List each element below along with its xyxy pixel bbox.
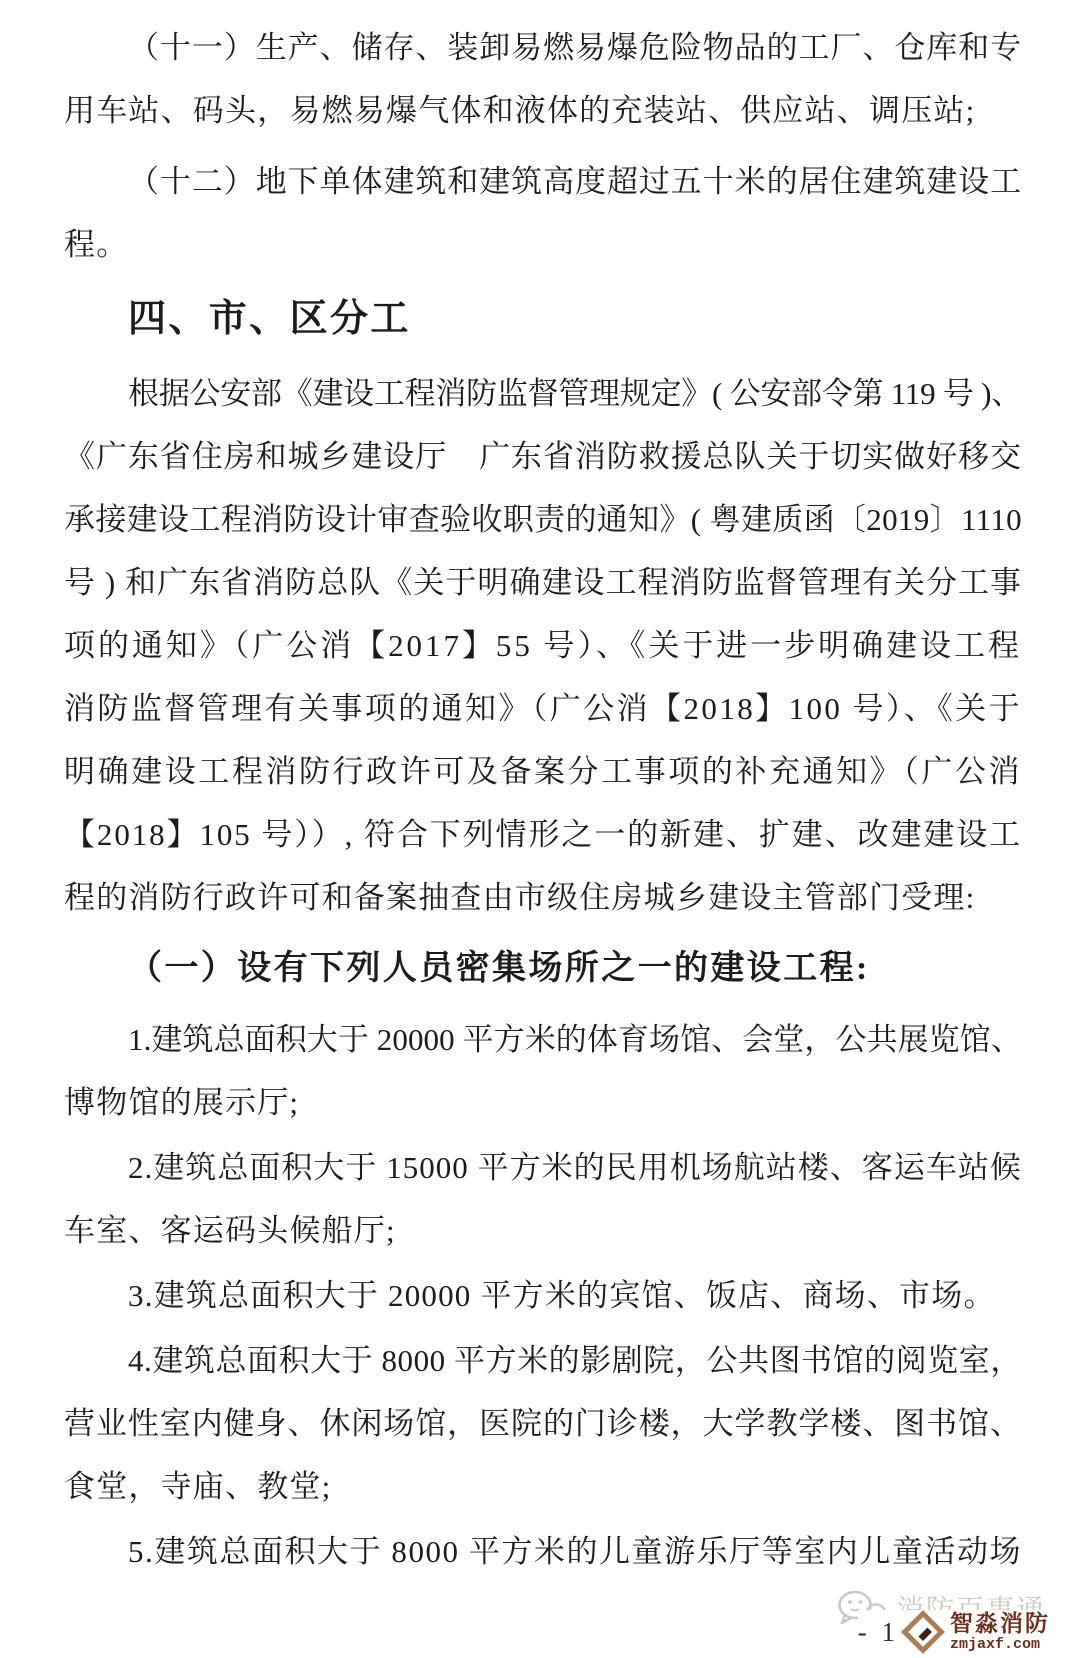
item-2: 2.建筑总面积大于 15000 平方米的民用机场航站楼、客运车站候车室、客运码头… xyxy=(64,1136,1022,1262)
zhimiao-logo: 智淼消防 zmjaxf.com xyxy=(901,1610,1050,1654)
clause-12: （十二）地下单体建筑和建筑高度超过五十米的居住建筑建设工程。 xyxy=(64,150,1022,276)
text-line: 食堂，寺庙、教堂; xyxy=(64,1455,1022,1518)
item-1: 1.建筑总面积大于 20000 平方米的体育场馆、会堂，公共展览馆、博物馆的展示… xyxy=(64,1008,1022,1134)
text-line: （十一）生产、储存、装卸易燃易爆危险物品的工厂、仓库和专 xyxy=(64,16,1022,79)
text-line: 《广东省住房和城乡建设厅 广东省消防救援总队关于切实做好移交 xyxy=(64,425,1022,488)
logo-text: 智淼消防 zmjaxf.com xyxy=(950,1611,1050,1654)
text-line: 程的消防行政许可和备案抽查由市级住房城乡建设主管部门受理: xyxy=(64,866,1022,929)
item-5: 5.建筑总面积大于 8000 平方米的儿童游乐厅等室内儿童活动场 xyxy=(64,1520,1022,1583)
text-line: 3.建筑总面积大于 20000 平方米的宾馆、饭店、商场、市场。 xyxy=(64,1264,1022,1327)
logo-title: 智淼消防 xyxy=(950,1611,1050,1636)
intro-paragraph: 根据公安部《建设工程消防监督管理规定》( 公安部令第 119 号 )、《广东省住… xyxy=(64,362,1022,929)
text-line: 营业性室内健身、休闲场馆，医院的门诊楼，大学教学楼、图书馆、 xyxy=(64,1392,1022,1455)
text-line: （十二）地下单体建筑和建筑高度超过五十米的居住建筑建设工 xyxy=(64,150,1022,213)
document-page: （十一）生产、储存、装卸易燃易爆危险物品的工厂、仓库和专用车站、码头，易燃易爆气… xyxy=(0,0,1080,1658)
item-4: 4.建筑总面积大于 8000 平方米的影剧院，公共图书馆的阅览室，营业性室内健身… xyxy=(64,1329,1022,1518)
item-group-1-heading: （一）设有下列人员密集场所之一的建设工程: xyxy=(64,937,1022,1000)
text-line: 博物馆的展示厅; xyxy=(64,1071,1022,1134)
item-3: 3.建筑总面积大于 20000 平方米的宾馆、饭店、商场、市场。 xyxy=(64,1264,1022,1327)
text-line: 承接建设工程消防设计审查验收职责的通知》( 粤建质函〔2019〕1110 xyxy=(64,488,1022,551)
page-footer: - 1 智淼消防 zmjaxf.com xyxy=(858,1610,1050,1654)
section-heading: 四、市、区分工 xyxy=(64,284,1022,354)
text-line: 车室、客运码头候船厅; xyxy=(64,1199,1022,1262)
text-line: 项的通知》（广公消【2017】55 号）、《关于进一步明确建设工程 xyxy=(64,614,1022,677)
text-line: （一）设有下列人员密集场所之一的建设工程: xyxy=(64,937,1022,1000)
text-line: 2.建筑总面积大于 15000 平方米的民用机场航站楼、客运车站候 xyxy=(64,1136,1022,1199)
page-number: - 1 xyxy=(858,1617,899,1648)
text-line: 号 ) 和广东省消防总队《关于明确建设工程消防监督管理有关分工事 xyxy=(64,551,1022,614)
clause-11: （十一）生产、储存、装卸易燃易爆危险物品的工厂、仓库和专用车站、码头，易燃易爆气… xyxy=(64,16,1022,142)
text-line: 【2018】105 号））, 符合下列情形之一的新建、扩建、改建建设工 xyxy=(64,803,1022,866)
text-line: 5.建筑总面积大于 8000 平方米的儿童游乐厅等室内儿童活动场 xyxy=(64,1520,1022,1583)
logo-domain: zmjaxf.com xyxy=(950,1636,1050,1653)
text-line: 用车站、码头，易燃易爆气体和液体的充装站、供应站、调压站; xyxy=(64,79,1022,142)
text-line: 根据公安部《建设工程消防监督管理规定》( 公安部令第 119 号 )、 xyxy=(64,362,1022,425)
diamond-logo-icon xyxy=(901,1610,945,1654)
text-line: 明确建设工程消防行政许可及备案分工事项的补充通知》（广公消 xyxy=(64,740,1022,803)
text-line: 四、市、区分工 xyxy=(64,284,1022,354)
text-line: 1.建筑总面积大于 20000 平方米的体育场馆、会堂，公共展览馆、 xyxy=(64,1008,1022,1071)
text-line: 4.建筑总面积大于 8000 平方米的影剧院，公共图书馆的阅览室， xyxy=(64,1329,1022,1392)
text-line: 消防监督管理有关事项的通知》（广公消【2018】100 号）、《关于 xyxy=(64,677,1022,740)
document-body: （十一）生产、储存、装卸易燃易爆危险物品的工厂、仓库和专用车站、码头，易燃易爆气… xyxy=(64,16,1022,1583)
text-line: 程。 xyxy=(64,213,1022,276)
